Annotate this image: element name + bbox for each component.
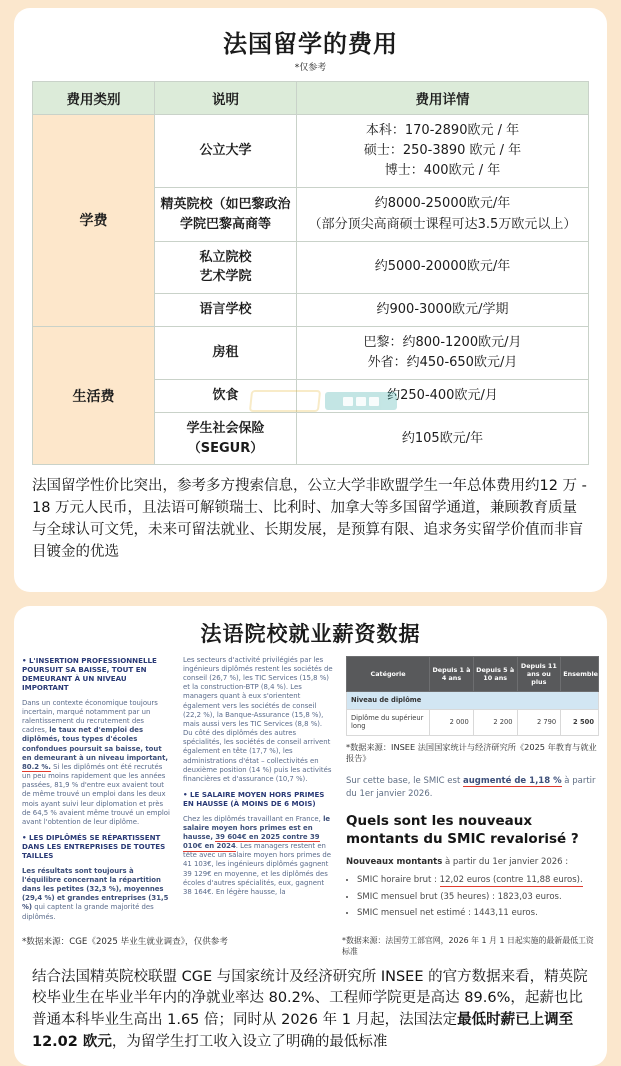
- header-detail: 费用详情: [297, 82, 589, 115]
- detail-cell: 本科：170-2890欧元 / 年 硕士：250-3890 欧元 / 年 博士：…: [297, 115, 589, 188]
- page-title: 法国留学的费用: [32, 24, 589, 59]
- french-column-middle: Les secteurs d'activité privilégiés par …: [183, 656, 333, 928]
- insee-header: Depuis 1 à 4 ans: [430, 656, 474, 691]
- smic-question: Quels sont les nouveaux montants du SMIC…: [346, 813, 599, 848]
- insee-header: Depuis 11 ans ou plus: [517, 656, 561, 691]
- insee-source-note: *数据来源：INSEE 法国国家统计与经济研究所《2025 年教育与就业报告》: [346, 742, 599, 764]
- french-heading: • L'INSERTION PROFESSIONNELLE POURSUIT S…: [22, 656, 170, 693]
- desc-cell: 精英院校（如巴黎政治 学院巴黎高商等: [155, 188, 297, 241]
- salary-card: 法语院校就业薪资数据 • L'INSERTION PROFESSIONNELLE…: [14, 606, 607, 1066]
- insee-value: 2 200: [473, 709, 517, 735]
- insee-value-ensemble: 2 500: [561, 709, 599, 735]
- cge-source-note: *数据来源：CGE《2025 毕业生就业调查》，仅供参考: [22, 935, 342, 957]
- insee-data-row: Diplôme du supérieur long 2 000 2 200 2 …: [347, 709, 599, 735]
- category-tuition: 学费: [33, 115, 155, 327]
- table-row: 生活费 房租 巴黎：约800-1200欧元/月 外省：约450-650欧元/月: [33, 326, 589, 379]
- detail-cell: 约5000-20000欧元/年: [297, 241, 589, 293]
- detail-cell: 约250-400欧元/月: [297, 380, 589, 413]
- smic-montants-line: Nouveaux montants à partir du 1er janvie…: [346, 857, 599, 867]
- underlined-stat: 12,02 euros (contre 11,88 euros).: [440, 875, 583, 887]
- smic-base-line: Sur cette base, le SMIC est augmenté de …: [346, 775, 599, 801]
- french-heading: • LE SALAIRE MOYEN HORS PRIMES EN HAUSSE…: [183, 790, 333, 808]
- insee-value: 2 790: [517, 709, 561, 735]
- smic-bullet: SMIC horaire brut : 12,02 euros (contre …: [357, 872, 599, 888]
- insee-header: Ensemble: [561, 656, 599, 691]
- desc-cell: 公立大学: [155, 115, 297, 188]
- detail-cell: 约8000-25000欧元/年 （部分顶尖高商硕士课程可达3.5万欧元以上）: [297, 188, 589, 241]
- insee-section-row: Niveau de diplôme: [347, 691, 599, 709]
- underlined-stat: augmenté de 1,18 %: [463, 776, 562, 788]
- section2-title: 法语院校就业薪资数据: [22, 618, 599, 648]
- smic-bullet: SMIC mensuel brut (35 heures) : 1823,03 …: [357, 889, 599, 905]
- detail-cell: 约900-3000欧元/学期: [297, 293, 589, 326]
- category-living: 生活费: [33, 326, 155, 464]
- header-category: 费用类别: [33, 82, 155, 115]
- three-columns: • L'INSERTION PROFESSIONNELLE POURSUIT S…: [22, 656, 599, 928]
- french-paragraph: Dans un contexte économique toujours inc…: [22, 699, 170, 827]
- french-paragraph: Les secteurs d'activité privilégiés par …: [183, 656, 333, 784]
- desc-cell: 学生社会保险 （SEGUR）: [155, 413, 297, 465]
- french-heading: • LES DIPLÔMÉS SE RÉPARTISSENT DANS LES …: [22, 833, 170, 861]
- insee-header-row: Catégorie Depuis 1 à 4 ans Depuis 5 à 10…: [347, 656, 599, 691]
- insee-row-label: Diplôme du supérieur long: [347, 709, 430, 735]
- desc-cell: 语言学校: [155, 293, 297, 326]
- insee-value: 2 000: [430, 709, 474, 735]
- conclusion-paragraph: 结合法国精英院校联盟 CGE 与国家统计及经济研究所 INSEE 的官方数据来看…: [32, 967, 589, 1054]
- smic-bullet-list: SMIC horaire brut : 12,02 euros (contre …: [346, 872, 599, 920]
- fees-summary: 法国留学性价比突出，参考多方搜索信息，公立大学非欧盟学生一年总体费用约12 万 …: [32, 476, 589, 563]
- insee-section-label: Niveau de diplôme: [347, 691, 599, 709]
- header-desc: 说明: [155, 82, 297, 115]
- desc-cell: 房租: [155, 326, 297, 379]
- smic-column: Catégorie Depuis 1 à 4 ans Depuis 5 à 10…: [346, 656, 599, 928]
- source-footnotes: *数据来源：CGE《2025 毕业生就业调查》，仅供参考 *数据来源：法国劳工部…: [22, 935, 599, 957]
- fees-card: 法国留学的费用 *仅参考 费用类别 说明 费用详情 学费 公立大学 本科：170…: [14, 8, 607, 592]
- detail-cell: 巴黎：约800-1200欧元/月 外省：约450-650欧元/月: [297, 326, 589, 379]
- reference-note: *仅参考: [32, 60, 589, 73]
- fees-table-header-row: 费用类别 说明 费用详情: [33, 82, 589, 115]
- table-row: 学费 公立大学 本科：170-2890欧元 / 年 硕士：250-3890 欧元…: [33, 115, 589, 188]
- detail-cell: 约105欧元/年: [297, 413, 589, 465]
- smic-bullet: SMIC mensuel net estimé : 1443,11 euros.: [357, 905, 599, 921]
- french-column-left: • L'INSERTION PROFESSIONNELLE POURSUIT S…: [22, 656, 170, 928]
- desc-cell: 私立院校 艺术学院: [155, 241, 297, 293]
- labor-source-note: *数据来源：法国劳工部官网，2026 年 1 月 1 日起实施的最新最低工资标准: [342, 935, 599, 957]
- desc-cell: 饮食: [155, 380, 297, 413]
- insee-table: Catégorie Depuis 1 à 4 ans Depuis 5 à 10…: [346, 656, 599, 736]
- underlined-stat: 80.2 %.: [22, 763, 51, 773]
- insee-header: Catégorie: [347, 656, 430, 691]
- french-paragraph: Chez les diplômés travaillant en France,…: [183, 815, 333, 898]
- french-paragraph: Les résultats sont toujours à l'équilibr…: [22, 867, 170, 922]
- fees-table: 费用类别 说明 费用详情 学费 公立大学 本科：170-2890欧元 / 年 硕…: [32, 81, 589, 465]
- insee-header: Depuis 5 à 10 ans: [473, 656, 517, 691]
